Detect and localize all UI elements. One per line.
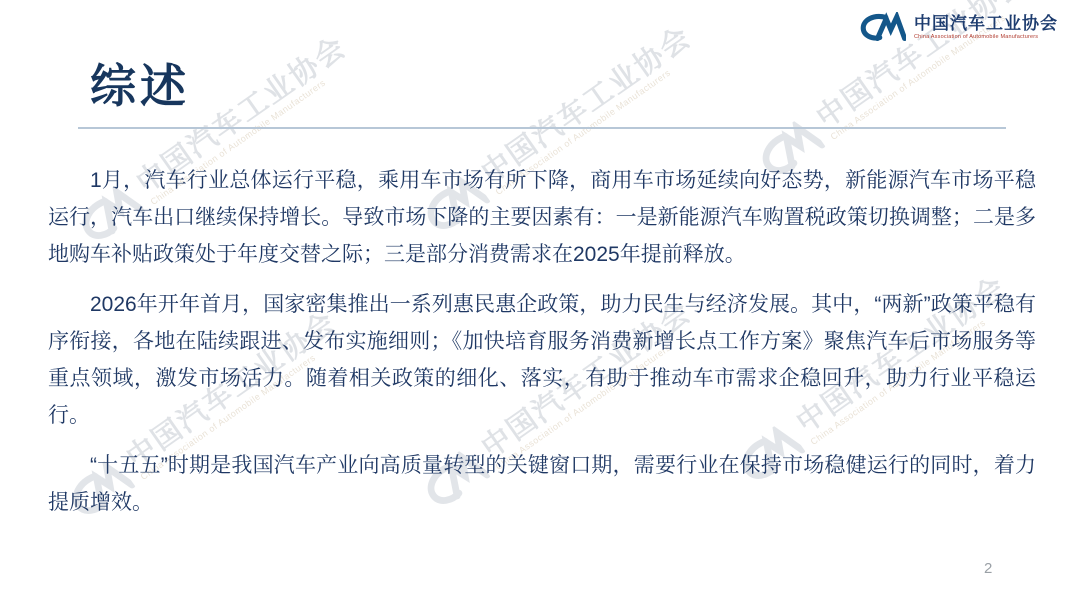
paragraph-1: 1月，汽车行业总体运行平稳，乘用车市场有所下降，商用车市场延续向好态势，新能源汽… [48,162,1036,273]
paragraph-3: “十五五”时期是我国汽车产业向高质量转型的关键窗口期，需要行业在保持市场稳健运行… [48,447,1036,521]
page-number: 2 [984,560,992,577]
paragraph-2: 2026年开年首月，国家密集推出一系列惠民惠企政策，助力民生与经济发展。其中，“… [48,286,1036,434]
page-title: 综述 [90,50,190,116]
caam-cm-logo-icon [860,12,906,42]
slide: 中国汽车工业协会 China Association of Automobile… [0,0,1080,607]
caam-logo: 中国汽车工业协会 China Association of Automobile… [860,12,1058,42]
logo-subtitle-en: China Association of Automobile Manufact… [914,34,1058,40]
title-divider [78,127,1006,129]
body-text: 1月，汽车行业总体运行平稳，乘用车市场有所下降，商用车市场延续向好态势，新能源汽… [48,162,1036,534]
logo-title-cn: 中国汽车工业协会 [914,14,1058,34]
